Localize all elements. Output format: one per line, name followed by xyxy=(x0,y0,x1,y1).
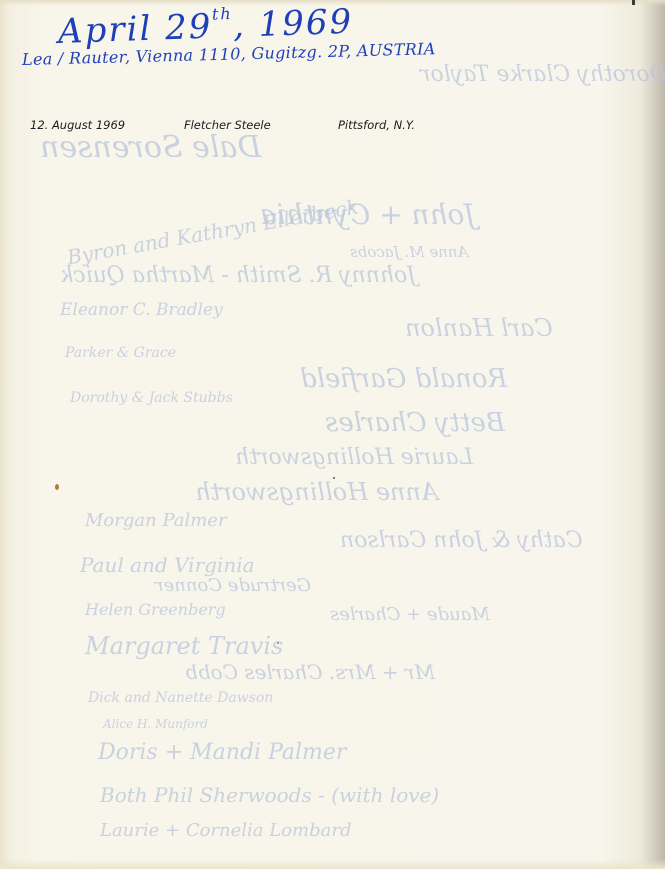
bleed-line: Dorothy & Jack Stubbs xyxy=(70,390,233,406)
bleed-line: Gertrude Conner xyxy=(155,575,311,596)
bleed-line: Morgan Palmer xyxy=(85,510,227,531)
bleed-line: Laurie Hollingsworth xyxy=(235,445,473,470)
bleed-line: Anne M. Jacobs xyxy=(350,243,468,261)
bleed-line: Laurie + Cornelia Lombard xyxy=(100,820,351,841)
entry-date-suffix: th xyxy=(212,4,233,24)
entry-date: 12. August 1969 xyxy=(30,118,125,132)
page-bottom-edge xyxy=(0,859,665,869)
entry-year: , 1969 xyxy=(232,2,353,46)
bleed-line: Helen Greenberg xyxy=(85,600,226,619)
bleed-line: Eleanor C. Bradley xyxy=(60,300,223,320)
bleed-line: Byron and Kathryn Ellerbeck xyxy=(65,195,360,270)
bleed-line: Dick and Nanette Dawson xyxy=(88,690,273,706)
paper-speck xyxy=(55,484,59,490)
entry-place: Pittsford, N.Y. xyxy=(338,118,415,132)
bleed-line: Parker & Grace xyxy=(65,345,176,361)
entry-name: Fletcher Steele xyxy=(184,118,271,132)
guestbook-page: Dorothy Clarke Taylor Dale Sorensen John… xyxy=(0,0,665,869)
bleed-line: Maude + Charles xyxy=(330,604,490,625)
bleed-line: Both Phil Sherwoods - (with love) xyxy=(100,783,439,807)
bleed-line: Ronald Garfield xyxy=(300,364,507,394)
bleed-line: Cathy & John Carlson xyxy=(340,528,583,553)
bleed-line: Carl Hanlon xyxy=(405,314,553,342)
bleed-line: Anne Hollingsworth xyxy=(195,478,438,506)
bleed-line: Margaret Travis xyxy=(85,632,283,660)
bleed-line: Doris + Mandi Palmer xyxy=(98,740,346,765)
corner-mark xyxy=(632,0,635,5)
bleed-line: Dorothy Clarke Taylor xyxy=(420,62,665,87)
bleed-line: Alice H. Munford xyxy=(103,717,208,731)
bleed-line: Johnny R. Smith - Martha Quick xyxy=(60,263,416,288)
bleed-line: Dale Sorensen xyxy=(40,130,261,165)
bleed-line: Betty Charles xyxy=(325,408,505,438)
bleed-line: Paul and Virginia xyxy=(80,553,255,577)
bleed-line: Mr + Mrs. Charles Cobb xyxy=(185,660,435,684)
